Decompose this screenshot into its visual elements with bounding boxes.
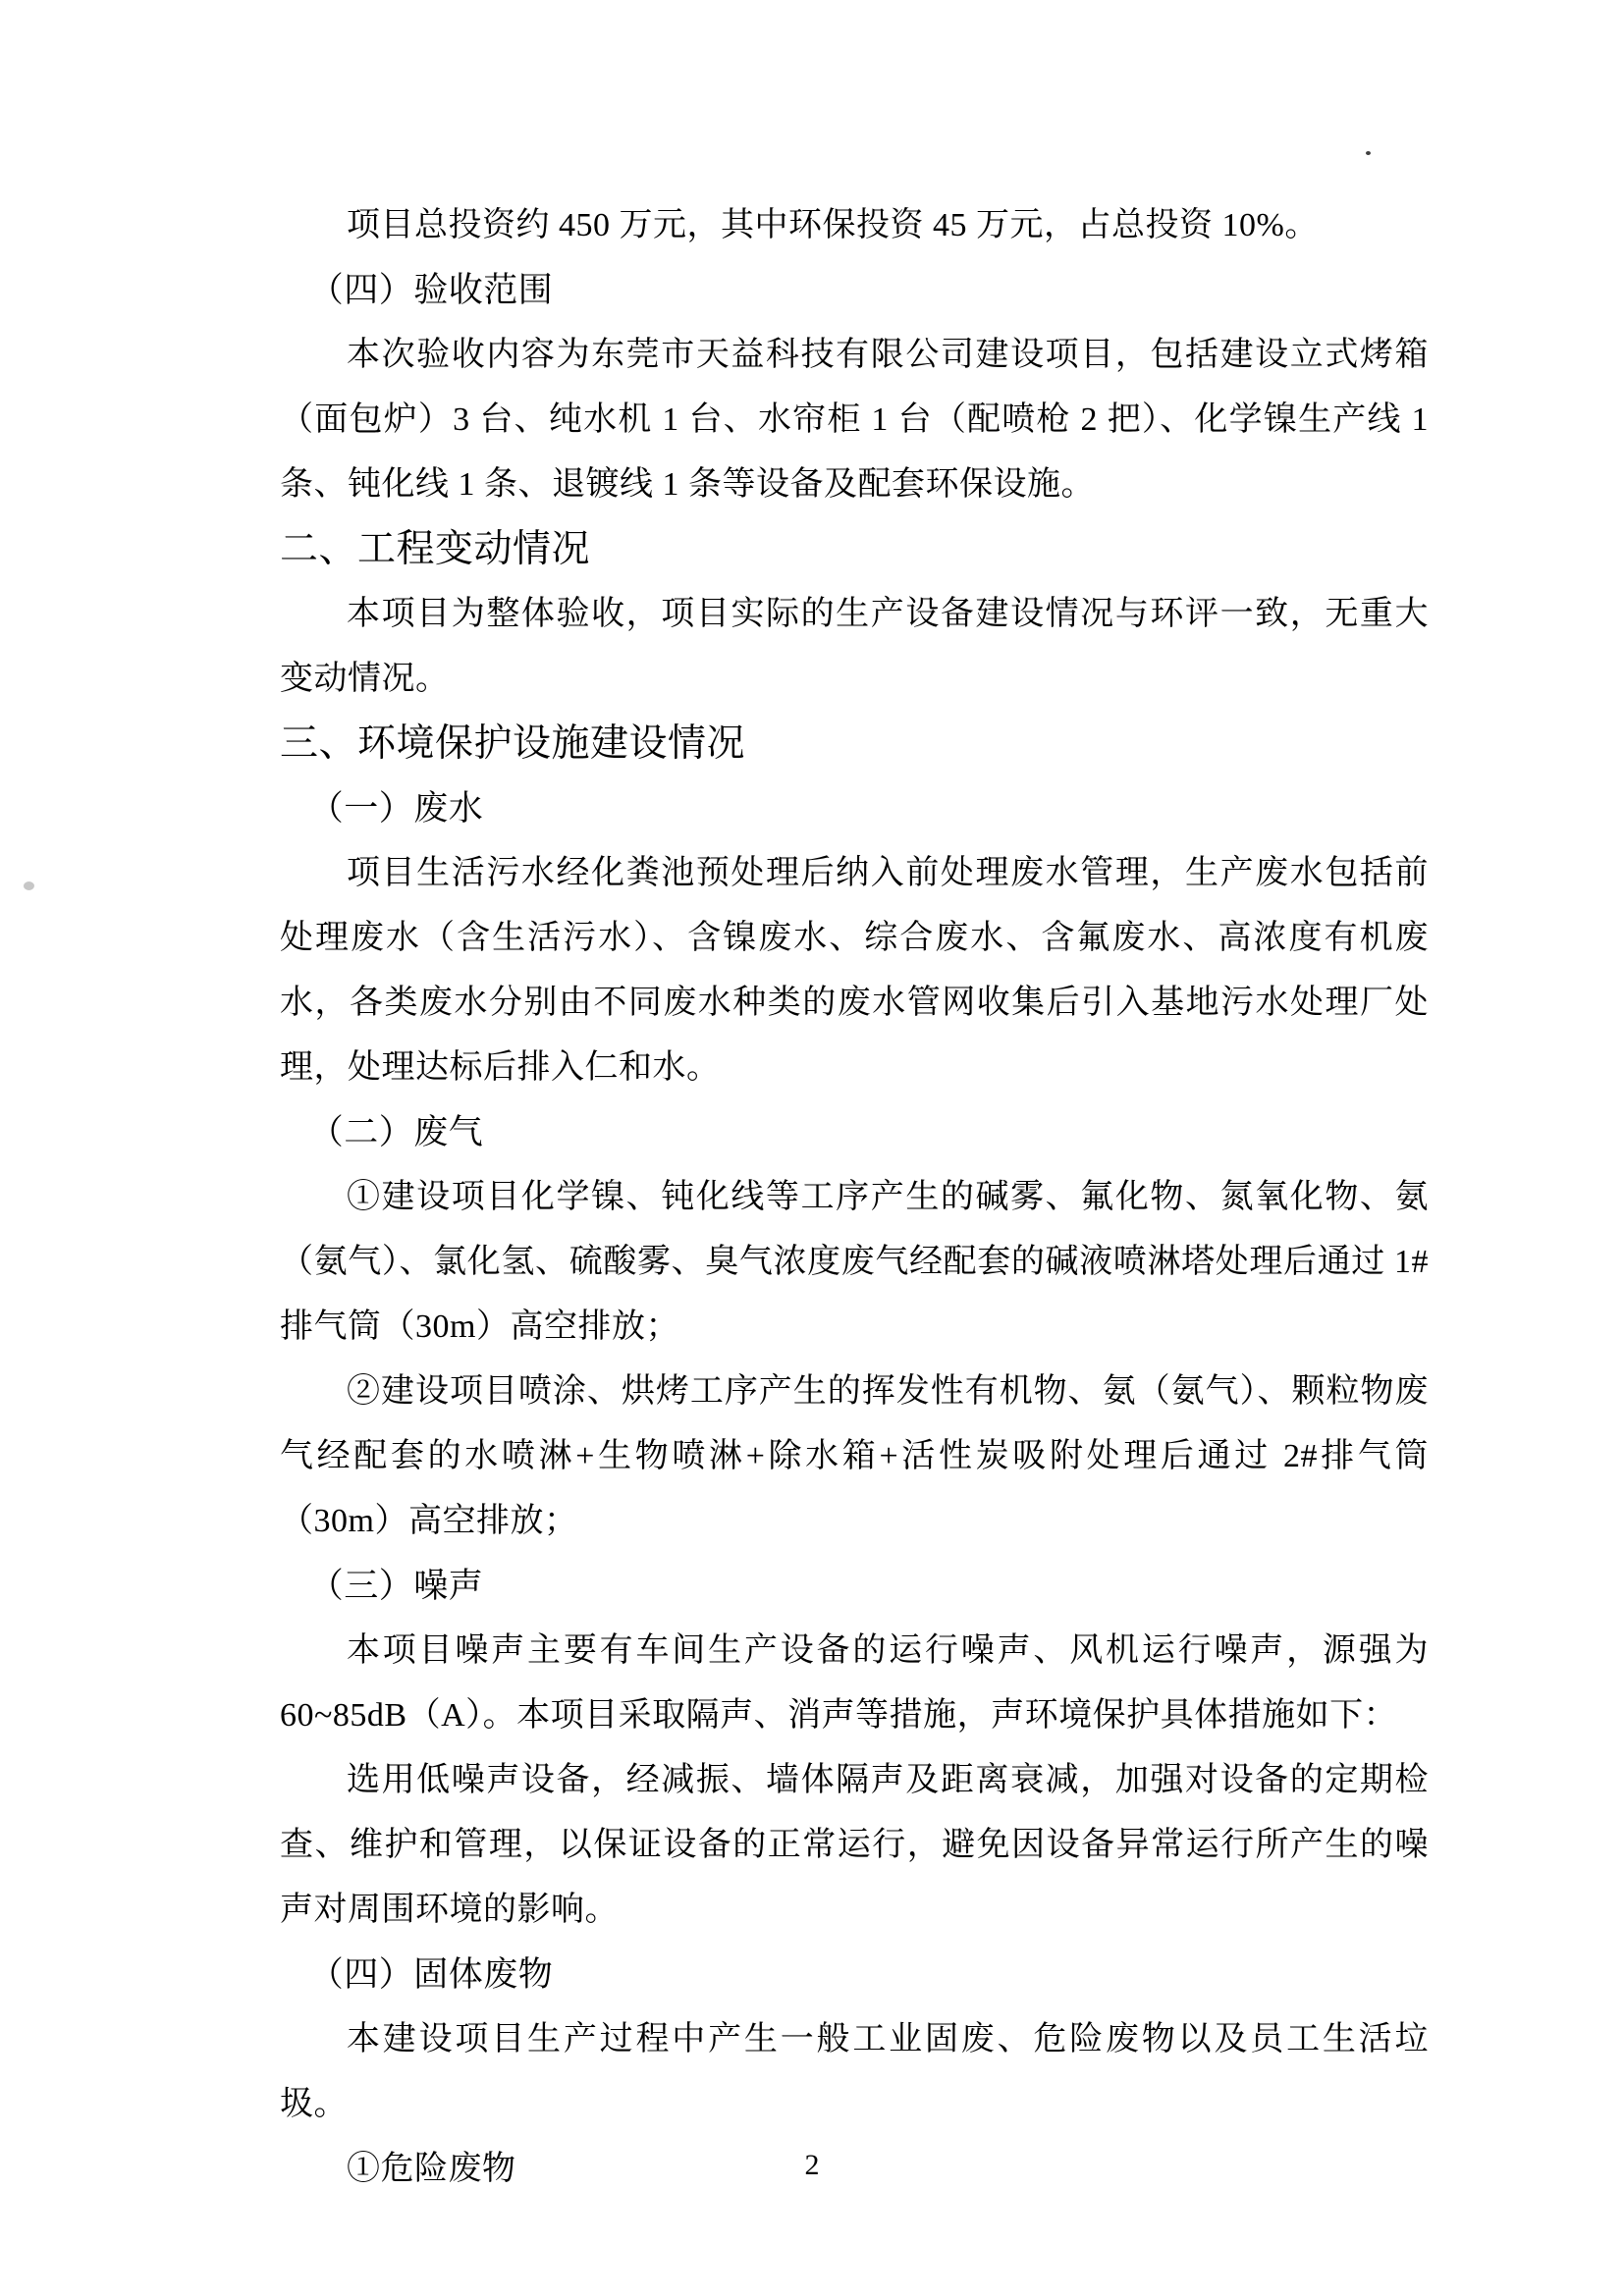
heading-wastewater: （一）废水	[280, 776, 1429, 841]
heading-project-changes: 二、工程变动情况	[280, 517, 1429, 582]
paragraph-waste-gas-1: ①建设项目化学镍、钝化线等工序产生的碱雾、氟化物、氮氧化物、氨（氨气）、氯化氢、…	[280, 1165, 1429, 1360]
paragraph-project-changes: 本项目为整体验收，项目实际的生产设备建设情况与环评一致，无重大变动情况。	[280, 582, 1429, 712]
paragraph-total-investment: 项目总投资约 450 万元，其中环保投资 45 万元，占总投资 10%。	[280, 193, 1429, 258]
paragraph-solid-waste: 本建设项目生产过程中产生一般工业固废、危险废物以及员工生活垃圾。	[280, 2007, 1429, 2137]
page-content: 项目总投资约 450 万元，其中环保投资 45 万元，占总投资 10%。 （四）…	[280, 193, 1429, 2202]
heading-environmental-facilities: 三、环境保护设施建设情况	[280, 712, 1429, 776]
paragraph-noise-measures: 选用低噪声设备，经减振、墙体隔声及距离衰减，加强对设备的定期检查、维护和管理，以…	[280, 1748, 1429, 1943]
paragraph-noise-sources: 本项目噪声主要有车间生产设备的运行噪声、风机运行噪声，源强为 60~85dB（A…	[280, 1619, 1429, 1748]
paragraph-acceptance-content: 本次验收内容为东莞市天益科技有限公司建设项目，包括建设立式烤箱（面包炉）3 台、…	[280, 323, 1429, 517]
heading-noise: （三）噪声	[280, 1554, 1429, 1619]
paragraph-wastewater: 项目生活污水经化粪池预处理后纳入前处理废水管理，生产废水包括前处理废水（含生活污…	[280, 841, 1429, 1100]
heading-solid-waste: （四）固体废物	[280, 1943, 1429, 2007]
paragraph-waste-gas-2: ②建设项目喷涂、烘烤工序产生的挥发性有机物、氨（氨气）、颗粒物废气经配套的水喷淋…	[280, 1360, 1429, 1554]
page-number: 2	[0, 2146, 1624, 2185]
scan-speck	[24, 881, 34, 890]
heading-waste-gas: （二）废气	[280, 1100, 1429, 1165]
document-page: 项目总投资约 450 万元，其中环保投资 45 万元，占总投资 10%。 （四）…	[0, 0, 1624, 2296]
heading-acceptance-scope: （四）验收范围	[280, 258, 1429, 323]
scan-speck	[1366, 151, 1371, 155]
